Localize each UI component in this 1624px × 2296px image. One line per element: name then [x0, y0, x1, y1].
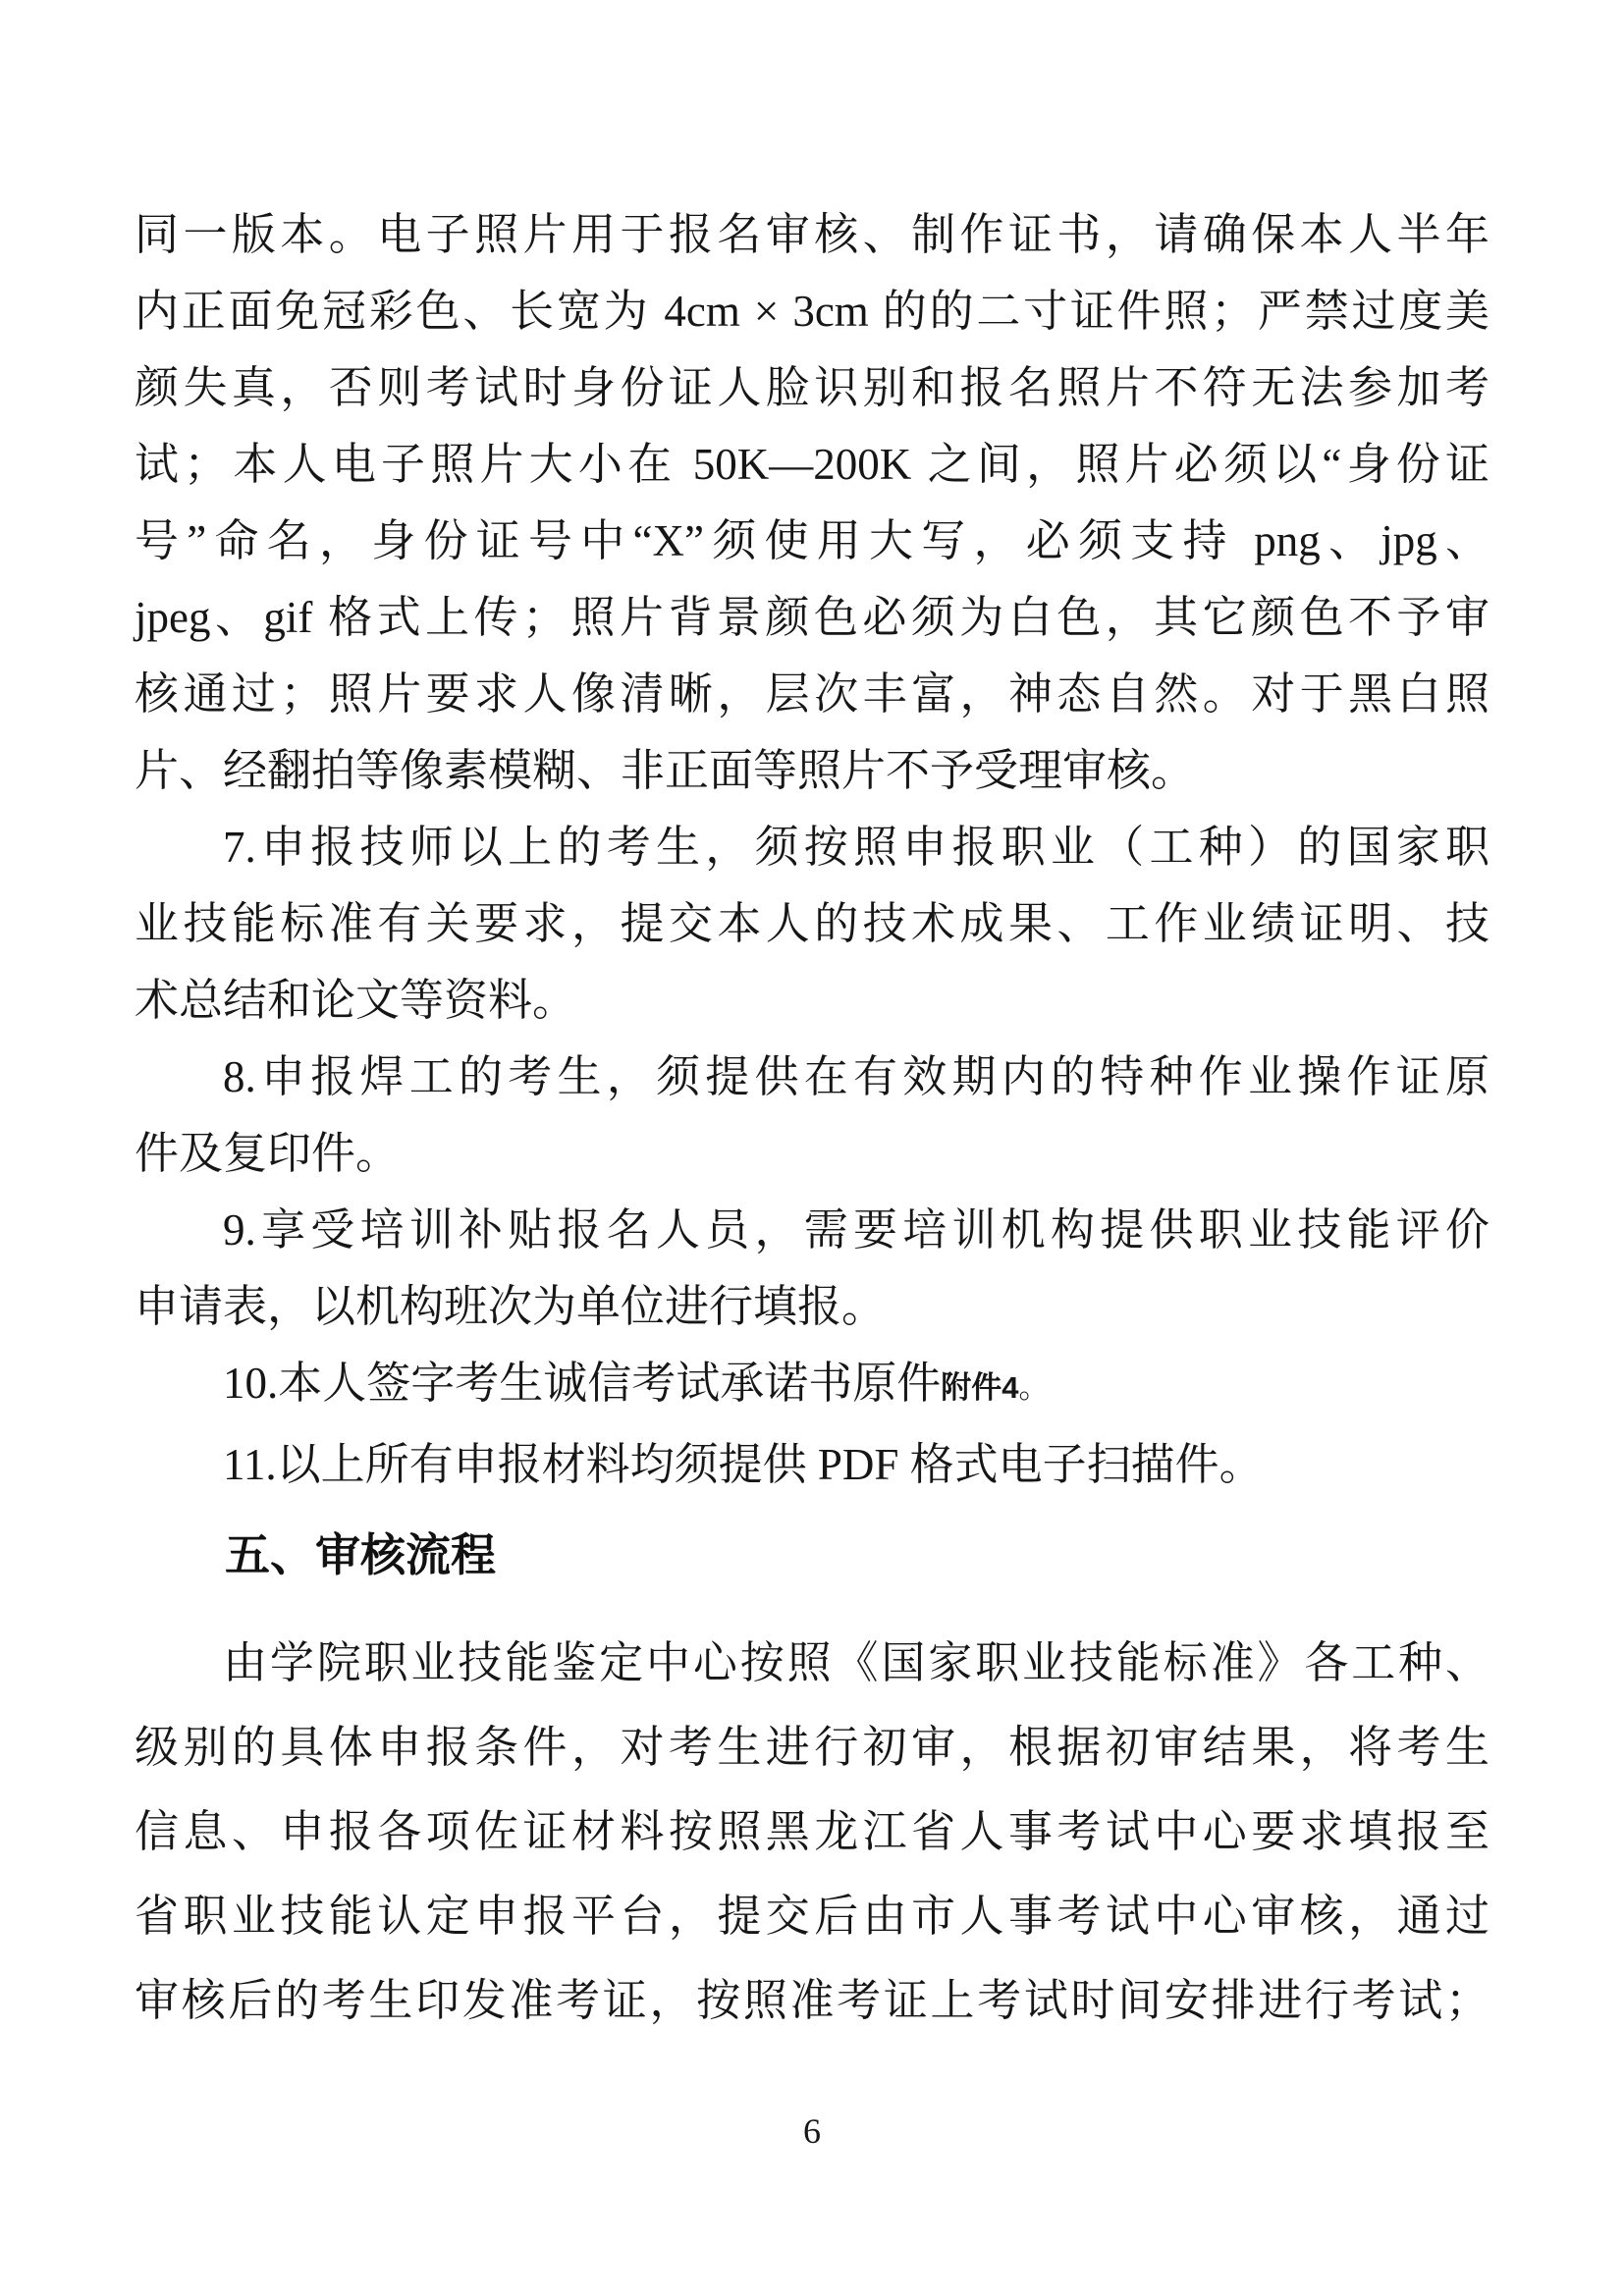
numbered-item-7-line: 业技能标准有关要求，提交本人的技术成果、工作业绩证明、技 — [135, 885, 1489, 962]
attachment-reference: 附件4 — [941, 1370, 1018, 1405]
item-10-period: 。 — [1019, 1370, 1050, 1405]
numbered-item-8-line: 件及复印件。 — [135, 1115, 1489, 1192]
numbered-item-9-line: 申请表，以机构班次为单位进行填报。 — [135, 1268, 1489, 1345]
paragraph-line: 颜失真，否则考试时身份证人脸识别和报名照片不符无法参加考 — [135, 349, 1489, 426]
paragraph-line: 同一版本。电子照片用于报名审核、制作证书，请确保本人半年 — [135, 196, 1489, 273]
numbered-item-11-line: 11.以上所有申报材料均须提供 PDF 格式电子扫描件。 — [135, 1426, 1489, 1503]
document-body: 同一版本。电子照片用于报名审核、制作证书，请确保本人半年 内正面免冠彩色、长宽为… — [135, 196, 1489, 2043]
paragraph-line: 号”命名，身份证号中“X”须使用大写，必须支持 png、jpg、 — [135, 503, 1489, 579]
paragraph-line: 审核后的考生印发准考证，按照准考证上考试时间安排进行考试； — [135, 1958, 1489, 2043]
paragraph-line: 片、经翻拍等像素模糊、非正面等照片不予受理审核。 — [135, 732, 1489, 809]
numbered-item-8-line: 8.申报焊工的考生，须提供在有效期内的特种作业操作证原 — [135, 1039, 1489, 1115]
numbered-item-7-line: 7.申报技师以上的考生，须按照申报职业（工种）的国家职 — [135, 809, 1489, 885]
paragraph-line: 试；本人电子照片大小在 50K—200K 之间，照片必须以“身份证 — [135, 426, 1489, 503]
numbered-item-10-line: 10.本人签字考生诚信考试承诺书原件附件4。 — [135, 1345, 1489, 1426]
paragraph-line: 由学院职业技能鉴定中心按照《国家职业技能标准》各工种、 — [135, 1621, 1489, 1705]
section-heading: 五、审核流程 — [135, 1517, 1489, 1593]
numbered-item-9-line: 9.享受培训补贴报名人员，需要培训机构提供职业技能评价 — [135, 1192, 1489, 1268]
paragraph-line: 信息、申报各项佐证材料按照黑龙江省人事考试中心要求填报至 — [135, 1789, 1489, 1874]
paragraph-line: jpeg、gif 格式上传；照片背景颜色必须为白色，其它颜色不予审 — [135, 579, 1489, 656]
paragraph-line: 级别的具体申报条件，对考生进行初审，根据初审结果，将考生 — [135, 1705, 1489, 1789]
numbered-item-7-line: 术总结和论文等资料。 — [135, 962, 1489, 1039]
paragraph-line: 内正面免冠彩色、长宽为 4cm × 3cm 的的二寸证件照；严禁过度美 — [135, 273, 1489, 349]
paragraph-line: 核通过；照片要求人像清晰，层次丰富，神态自然。对于黑白照 — [135, 656, 1489, 732]
page-number: 6 — [0, 2110, 1624, 2152]
item-10-text: 10.本人签字考生诚信考试承诺书原件 — [223, 1359, 941, 1408]
paragraph-line: 省职业技能认定申报平台，提交后由市人事考试中心审核，通过 — [135, 1874, 1489, 1958]
document-page: 同一版本。电子照片用于报名审核、制作证书，请确保本人半年 内正面免冠彩色、长宽为… — [0, 0, 1624, 2296]
